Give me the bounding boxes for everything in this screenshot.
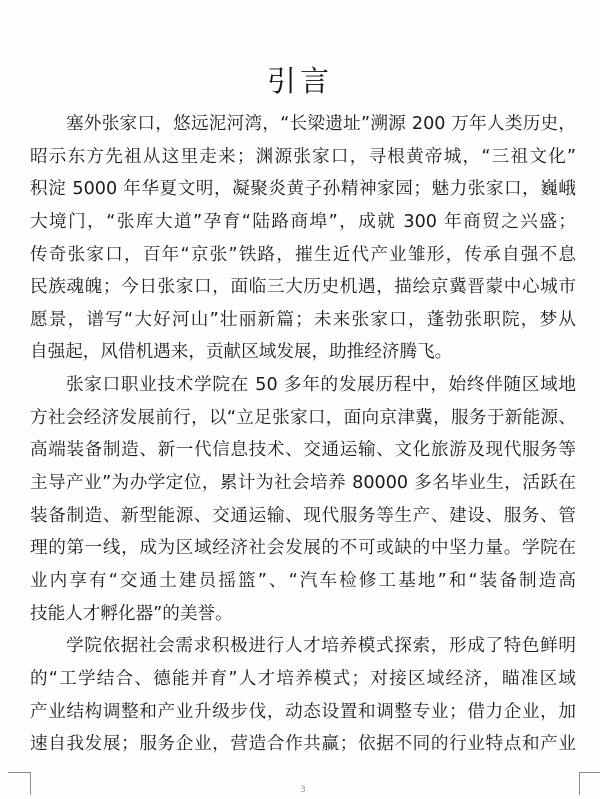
text-line: 速自我发展；服务企业，营造合作共赢；依据不同的行业特点和产业 — [30, 728, 576, 761]
text-line: 传奇张家口，百年“京张”铁路，摧生近代产业雏形，传承自强不息 — [30, 239, 576, 272]
text-line: 的“工学结合、德能并育”人才培养模式；对接区域经济，瞄准区域 — [30, 663, 576, 696]
document-body: 塞外张家口，悠远泥河湾，“长梁遗址”溯源 200 万年人类历史， 昭示东方先祖从… — [30, 108, 576, 761]
margin-corner-mark-left — [8, 772, 31, 795]
text-line: 技能人才孵化器”的美誉。 — [30, 598, 576, 631]
text-line: 昭示东方先祖从这里走来；渊源张家口，寻根黄帝城，“三祖文化” — [30, 141, 576, 174]
margin-corner-mark-right — [579, 772, 600, 795]
text-line: 民族魂魄；今日张家口，面临三大历史机遇，描绘京冀晋蒙中心城市 — [30, 271, 576, 304]
text-line: 积淀 5000 年华夏文明，凝聚炎黄子孙精神家园；魅力张家口，巍峨 — [30, 173, 576, 206]
page-title: 引言 — [0, 64, 600, 98]
document-page: 引言 塞外张家口，悠远泥河湾，“长梁遗址”溯源 200 万年人类历史， 昭示东方… — [0, 0, 600, 799]
paragraph-2: 张家口职业技术学院在 50 多年的发展历程中，始终伴随区域地 方社会经济发展前行… — [30, 369, 576, 630]
text-line: 学院依据社会需求积极进行人才培养模式探索，形成了特色鲜明 — [30, 630, 576, 663]
text-line: 方社会经济发展前行，以“立足张家口，面向京津冀，服务于新能源、 — [30, 402, 576, 435]
text-line: 塞外张家口，悠远泥河湾，“长梁遗址”溯源 200 万年人类历史， — [30, 108, 576, 141]
paragraph-1: 塞外张家口，悠远泥河湾，“长梁遗址”溯源 200 万年人类历史， 昭示东方先祖从… — [30, 108, 576, 369]
text-line: 产业结构调整和产业升级步伐，动态设置和调整专业；借力企业，加 — [30, 696, 576, 729]
text-line: 装备制造、新型能源、交通运输、现代服务等生产、建设、服务、管 — [30, 500, 576, 533]
text-line: 主导产业”为办学定位，累计为社会培养 80000 多名毕业生，活跃在 — [30, 467, 576, 500]
page-number: 3 — [297, 785, 309, 795]
text-line: 张家口职业技术学院在 50 多年的发展历程中，始终伴随区域地 — [30, 369, 576, 402]
text-line: 高端装备制造、新一代信息技术、交通运输、文化旅游及现代服务等 — [30, 434, 576, 467]
text-line: 理的第一线，成为区域经济社会发展的不可或缺的中坚力量。学院在 — [30, 532, 576, 565]
text-line: 大境门，“张库大道”孕育“陆路商埠”，成就 300 年商贸之兴盛； — [30, 206, 576, 239]
text-line: 愿景，谱写“大好河山”壮丽新篇；未来张家口，蓬勃张职院，梦从 — [30, 304, 576, 337]
text-line: 自强起，风借机遇来，贡献区域发展，助推经济腾飞。 — [30, 336, 576, 369]
paragraph-3: 学院依据社会需求积极进行人才培养模式探索，形成了特色鲜明 的“工学结合、德能并育… — [30, 630, 576, 761]
text-line: 业内享有“交通土建员摇篮”、“汽车检修工基地”和“装备制造高 — [30, 565, 576, 598]
